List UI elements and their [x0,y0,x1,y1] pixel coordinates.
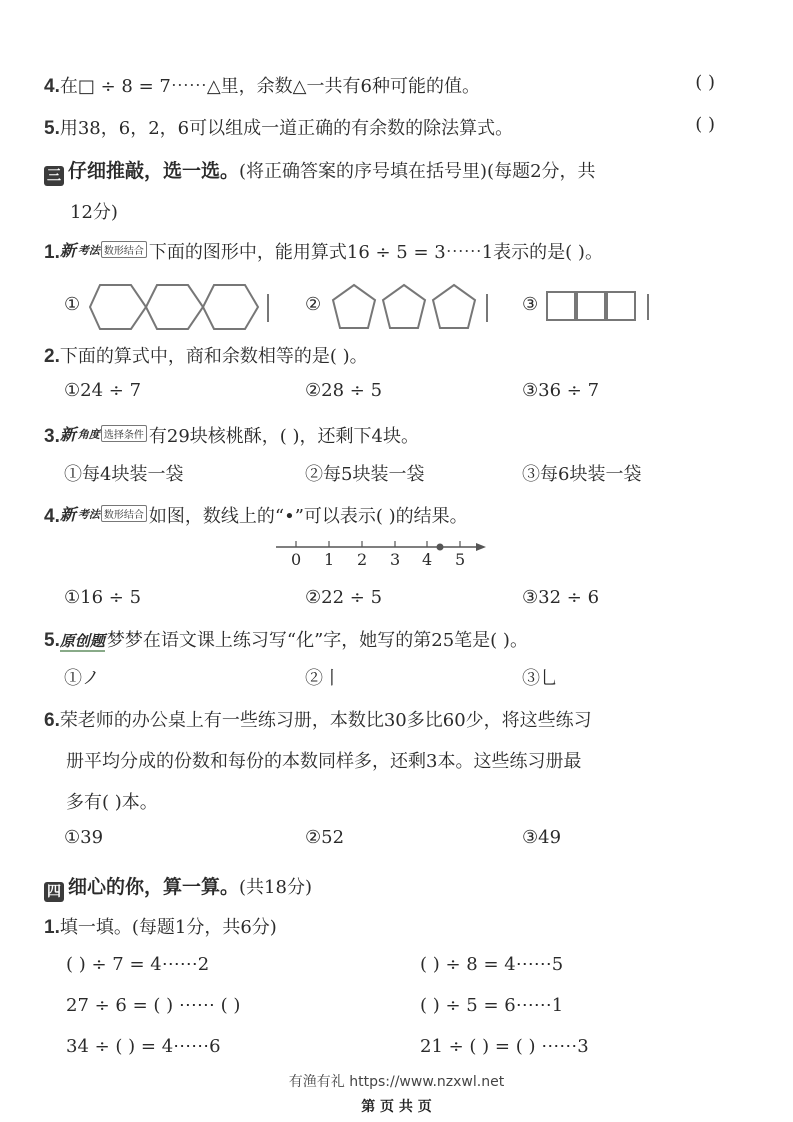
option-1[interactable]: ① [64,294,80,315]
fill-item[interactable]: 27 ÷ 6 = ( ) ⋯⋯ ( ) [66,995,240,1016]
section-number-icon: 三 [44,166,64,186]
judge-item-4: 4.在□ ÷ 8 = 7⋯⋯△里，余数△一共有6种可能的值。 [44,72,793,98]
question-6-line2: 册平均分成的份数和每份的本数同样多，还剩3本。这些练习册最 [66,747,793,773]
option-3[interactable]: ③乚 [522,664,558,690]
squares-figure [545,282,655,332]
number-line-labels: 0 1 2 3 4 5 [274,550,489,572]
option-3[interactable]: ③每6块装一袋 [522,460,641,486]
new-method-badge: 新考法数形结合 [60,238,147,261]
option-1[interactable]: ①39 [64,827,103,848]
fill-title: 1.填一填。(每题1分，共6分) [44,913,793,939]
section-number-icon: 四 [44,882,64,902]
question-3: 3.新角度选择条件有29块核桃酥，( )，还剩下4块。 [44,422,793,448]
option-2[interactable]: ②52 [305,827,344,848]
pentagons-figure [330,282,495,332]
page-number: 第 页 共 页 [0,1096,793,1116]
option-1[interactable]: ①ノ [64,664,100,690]
question-5: 5.原创题梦梦在语文课上练习写“化”字，她写的第25笔是( )。 [44,626,793,652]
option-2[interactable]: ② [305,294,321,315]
question-6: 6.荣老师的办公桌上有一些练习册，本数比30多比60少，将这些练习 [44,706,793,732]
option-1[interactable]: ①16 ÷ 5 [64,587,141,608]
option-2[interactable]: ②丨 [305,664,341,690]
q1-figure-options: ① ② ③ [0,282,793,332]
fill-item[interactable]: ( ) ÷ 7 = 4⋯⋯2 [66,954,209,975]
fill-item[interactable]: 21 ÷ ( ) = ( ) ⋯⋯3 [420,1036,589,1057]
question-2: 2.下面的算式中，商和余数相等的是( )。 [44,342,793,368]
option-2[interactable]: ②28 ÷ 5 [305,380,382,401]
option-2[interactable]: ②每5块装一袋 [305,460,424,486]
fill-item[interactable]: ( ) ÷ 5 = 6⋯⋯1 [420,995,563,1016]
judge-answer-4[interactable]: ( ) [695,72,715,93]
original-question-badge: 原创题 [60,632,105,652]
question-6-line3: 多有( )本。 [66,788,793,814]
question-4: 4.新考法数形结合如图，数线上的“•”可以表示( )的结果。 [44,502,793,528]
judge-answer-5[interactable]: ( ) [695,114,715,135]
option-1[interactable]: ①每4块装一袋 [64,460,183,486]
fill-item[interactable]: ( ) ÷ 8 = 4⋯⋯5 [420,954,563,975]
option-1[interactable]: ①24 ÷ 7 [64,380,141,401]
section-3-heading: 三仔细推敲，选一选。(将正确答案的序号填在括号里)(每题2分，共 [44,156,793,186]
new-method-badge: 新考法数形结合 [60,502,147,525]
option-3[interactable]: ③49 [522,827,561,848]
section-4-heading: 四细心的你，算一算。(共18分) [44,872,793,902]
new-angle-badge: 新角度选择条件 [60,422,147,445]
judge-item-5: 5.用38，6，2，6可以组成一道正确的有余数的除法算式。 [44,114,793,140]
option-3[interactable]: ③36 ÷ 7 [522,380,599,401]
fill-item[interactable]: 34 ÷ ( ) = 4⋯⋯6 [66,1036,221,1057]
section-3-note-cont: 12分) [70,198,793,224]
watermark: 有渔有礼 https://www.nzxwl.net [0,1071,793,1091]
option-3[interactable]: ③32 ÷ 6 [522,587,599,608]
option-2[interactable]: ②22 ÷ 5 [305,587,382,608]
question-1: 1.新考法数形结合下面的图形中，能用算式16 ÷ 5 = 3⋯⋯1表示的是( )… [44,238,793,264]
option-3[interactable]: ③ [522,294,538,315]
hexagons-figure [88,282,278,332]
